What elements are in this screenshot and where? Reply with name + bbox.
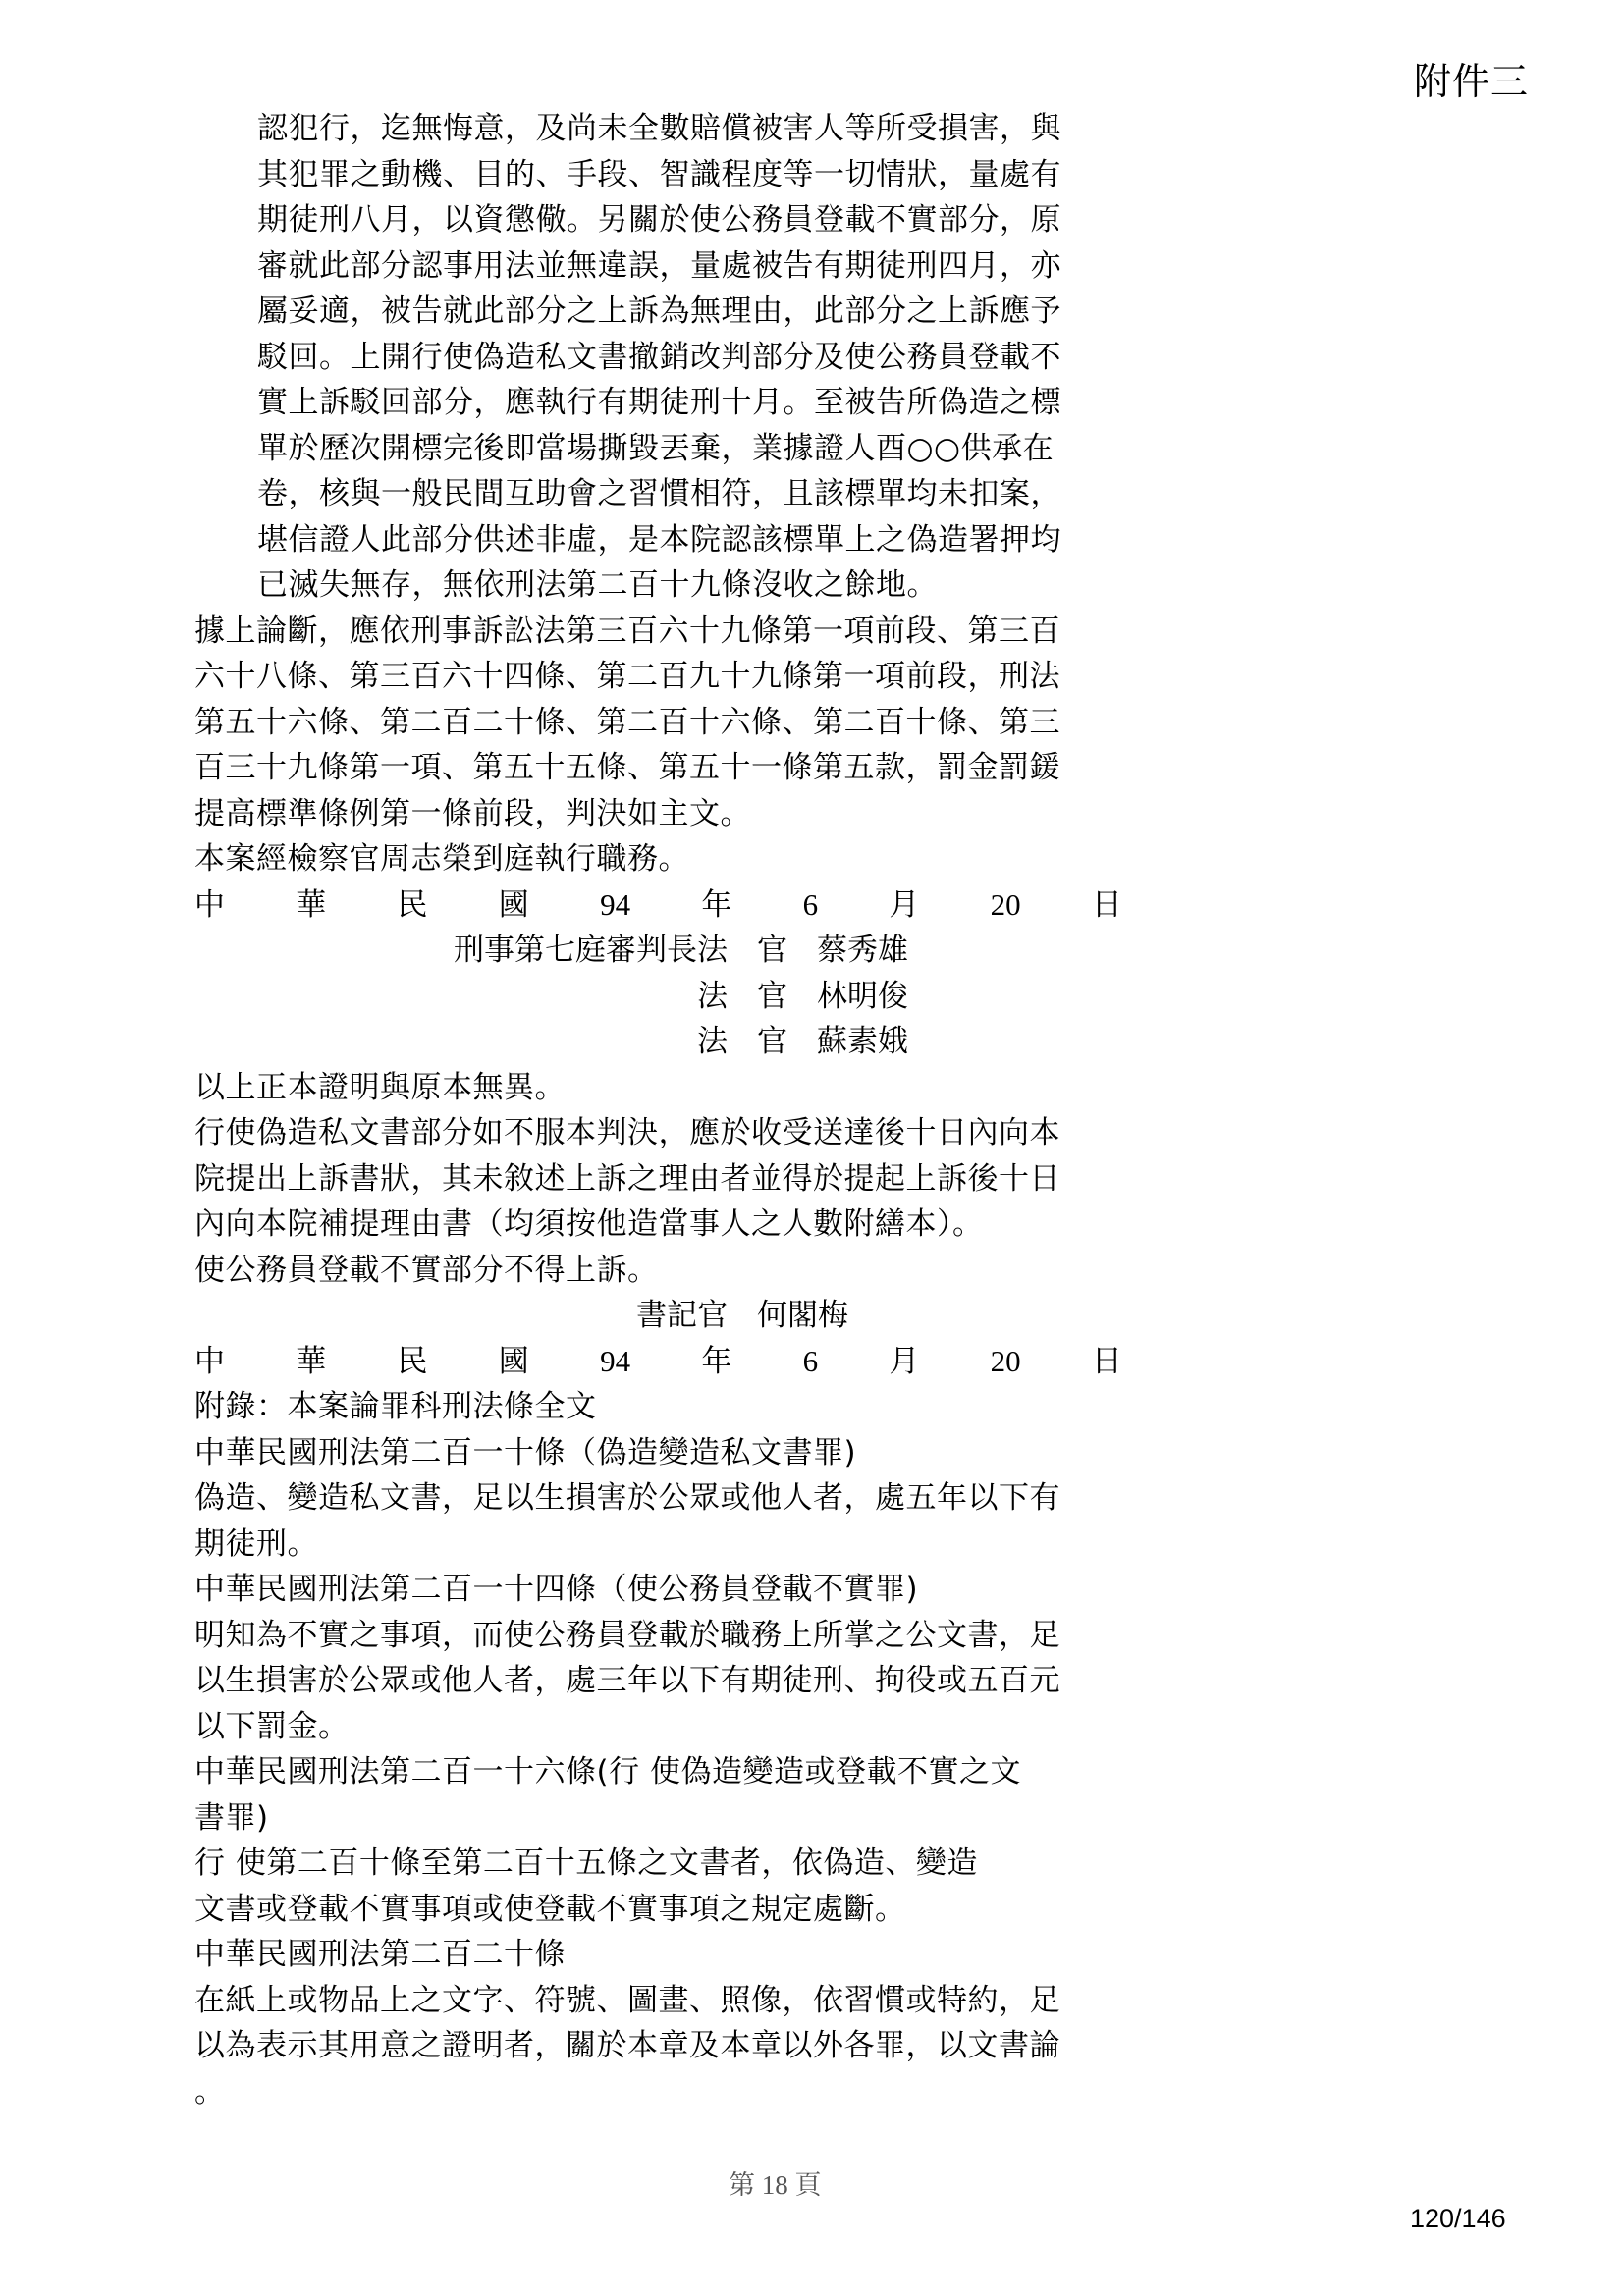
clerk-signature: 書記官 何閣梅 xyxy=(194,1293,1122,1339)
text-line: 期徒刑八月，以資懲儆。另關於使公務員登載不實部分，原 xyxy=(194,197,1122,243)
text-line: 在紙上或物品上之文字、符號、圖畫、照像，依習慣或特約，足 xyxy=(194,1978,1122,2024)
text-line: 偽造、變造私文書，足以生損害於公眾或他人者，處五年以下有 xyxy=(194,1475,1122,1522)
clerk-role: 書記官 xyxy=(194,1293,728,1339)
prosecutor-line: 本案經檢察官周志榮到庭執行職務。 xyxy=(194,836,1122,882)
text-line: 據上論斷，應依刑事訴訟法第三百六十九條第一項前段、第三百 xyxy=(194,609,1122,655)
appendix-heading: 附錄：本案論罪科刑法條全文 xyxy=(194,1384,1122,1430)
judge-role-suffix: 官 xyxy=(757,928,787,974)
appeal-notice: 行使偽造私文書部分如不服本判決，應於收受送達後十日內向本 院提出上訴書狀，其未敘… xyxy=(194,1110,1122,1293)
statute-title: 中華民國刑法第二百一十四條（使公務員登載不實罪) xyxy=(194,1567,1122,1613)
date-part: 華 xyxy=(296,1339,326,1385)
text-line: 百三十九條第一項、第五十五條、第五十一條第五款，罰金罰鍰 xyxy=(194,745,1122,791)
page-count: 120/146 xyxy=(1410,2204,1506,2234)
text-line: 行 使第二百十條至第二百十五條之文書者，依偽造、變造 xyxy=(194,1841,1122,1887)
statute-title: 中華民國刑法第二百一十條（偽造變造私文書罪) xyxy=(194,1430,1122,1476)
text-line: 期徒刑。 xyxy=(194,1522,1122,1568)
text-line: 行使偽造私文書部分如不服本判決，應於收受送達後十日內向本 xyxy=(194,1110,1122,1156)
statute-title: 中華民國刑法第二百一十六條(行 使偽造變造或登載不實之文 xyxy=(194,1749,1122,1795)
judge-name: 林明俊 xyxy=(817,974,908,1020)
text-line: 。 xyxy=(194,2069,1122,2115)
date-day: 20 xyxy=(991,882,1021,929)
legal-basis: 據上論斷，應依刑事訴訟法第三百六十九條第一項前段、第三百 六十八條、第三百六十四… xyxy=(194,609,1122,837)
date-part: 月 xyxy=(889,882,919,929)
date-year: 94 xyxy=(600,882,630,929)
appendix: 附錄：本案論罪科刑法條全文 中華民國刑法第二百一十條（偽造變造私文書罪) 偽造、… xyxy=(194,1384,1122,2114)
indented-paragraph: 認犯行，迄無悔意，及尚未全數賠償被害人等所受損害，與 其犯罪之動機、目的、手段、… xyxy=(194,106,1122,609)
date-part: 年 xyxy=(701,882,731,929)
date-month: 6 xyxy=(803,882,819,929)
date-part: 民 xyxy=(398,1339,428,1385)
judge-name: 蘇素娥 xyxy=(817,1019,908,1065)
date-year: 94 xyxy=(600,1339,630,1385)
date-part: 中 xyxy=(194,882,225,929)
text-line: 院提出上訴書狀，其未敘述上訴之理由者並得於提起上訴後十日 xyxy=(194,1156,1122,1202)
judge-signature: 刑事第七庭審判長法 官 蔡秀雄 xyxy=(194,928,1122,974)
text-line: 堪信證人此部分供述非虛，是本院認該標單上之偽造署押均 xyxy=(194,517,1122,563)
date-part: 日 xyxy=(1092,882,1122,929)
judge-role: 刑事第七庭審判長法 xyxy=(194,928,728,974)
judgment-date: 中 華 民 國 94 年 6 月 20 日 xyxy=(194,882,1122,929)
text-line: 明知為不實之事項，而使公務員登載於職務上所掌之公文書，足 xyxy=(194,1613,1122,1659)
text-line: 以生損害於公眾或他人者，處三年以下有期徒刑、拘役或五百元 xyxy=(194,1658,1122,1704)
judges-signatures: 刑事第七庭審判長法 官 蔡秀雄 法 官 林明俊 法 官 蘇素娥 xyxy=(194,928,1122,1065)
date-part: 國 xyxy=(499,1339,529,1385)
text-line: 駁回。上開行使偽造私文書撤銷改判部分及使公務員登載不 xyxy=(194,335,1122,381)
text-line: 使公務員登載不實部分不得上訴。 xyxy=(194,1248,1122,1294)
clerk-name: 何閣梅 xyxy=(757,1293,848,1339)
page-number: 第 18 頁 xyxy=(729,2163,822,2202)
date-month: 6 xyxy=(803,1339,819,1385)
judge-name: 蔡秀雄 xyxy=(817,928,908,974)
date-day: 20 xyxy=(991,1339,1021,1385)
date-part: 日 xyxy=(1092,1339,1122,1385)
date-part: 國 xyxy=(499,882,529,929)
text-line: 六十八條、第三百六十四條、第二百九十九條第一項前段，刑法 xyxy=(194,654,1122,700)
text-line: 認犯行，迄無悔意，及尚未全數賠償被害人等所受損害，與 xyxy=(194,106,1122,152)
text-line: 已滅失無存，無依刑法第二百十九條沒收之餘地。 xyxy=(194,562,1122,609)
text-line: 屬妥適，被告就此部分之上訴為無理由，此部分之上訴應予 xyxy=(194,289,1122,335)
text-line: 文書或登載不實事項或使登載不實事項之規定處斷。 xyxy=(194,1887,1122,1933)
attachment-label: 附件三 xyxy=(1414,51,1529,105)
text-line: 以為表示其用意之證明者，關於本章及本章以外各罪，以文書論 xyxy=(194,2023,1122,2069)
date-part: 華 xyxy=(296,882,326,929)
judge-role: 法 xyxy=(194,974,728,1020)
statute-title: 中華民國刑法第二百二十條 xyxy=(194,1932,1122,1978)
judge-signature: 法 官 蘇素娥 xyxy=(194,1019,1122,1065)
date-part: 年 xyxy=(701,1339,731,1385)
text-line: 第五十六條、第二百二十條、第二百十六條、第二百十條、第三 xyxy=(194,700,1122,746)
judge-role-suffix: 官 xyxy=(757,974,787,1020)
text-line: 審就此部分認事用法並無違誤，量處被告有期徒刑四月，亦 xyxy=(194,243,1122,290)
date-part: 民 xyxy=(398,882,428,929)
date-part: 中 xyxy=(194,1339,225,1385)
text-line: 單於歷次開標完後即當場撕毀丟棄，業據證人酉○○供承在 xyxy=(194,426,1122,472)
document-body: 認犯行，迄無悔意，及尚未全數賠償被害人等所受損害，與 其犯罪之動機、目的、手段、… xyxy=(194,106,1122,2114)
text-line: 卷，核與一般民間互助會之習慣相符，且該標單均未扣案， xyxy=(194,471,1122,517)
statute-title: 書罪) xyxy=(194,1795,1122,1842)
text-line: 以下罰金。 xyxy=(194,1704,1122,1750)
text-line: 其犯罪之動機、目的、手段、智識程度等一切情狀，量處有 xyxy=(194,152,1122,198)
judge-role: 法 xyxy=(194,1019,728,1065)
judge-role-suffix: 官 xyxy=(757,1019,787,1065)
judge-signature: 法 官 林明俊 xyxy=(194,974,1122,1020)
text-line: 實上訴駁回部分，應執行有期徒刑十月。至被告所偽造之標 xyxy=(194,380,1122,426)
text-line: 提高標準條例第一條前段，判決如主文。 xyxy=(194,791,1122,837)
date-part: 月 xyxy=(889,1339,919,1385)
text-line: 內向本院補提理由書（均須按他造當事人之人數附繕本）。 xyxy=(194,1201,1122,1248)
certification-line: 以上正本證明與原本無異。 xyxy=(194,1065,1122,1111)
clerk-date: 中 華 民 國 94 年 6 月 20 日 xyxy=(194,1339,1122,1385)
